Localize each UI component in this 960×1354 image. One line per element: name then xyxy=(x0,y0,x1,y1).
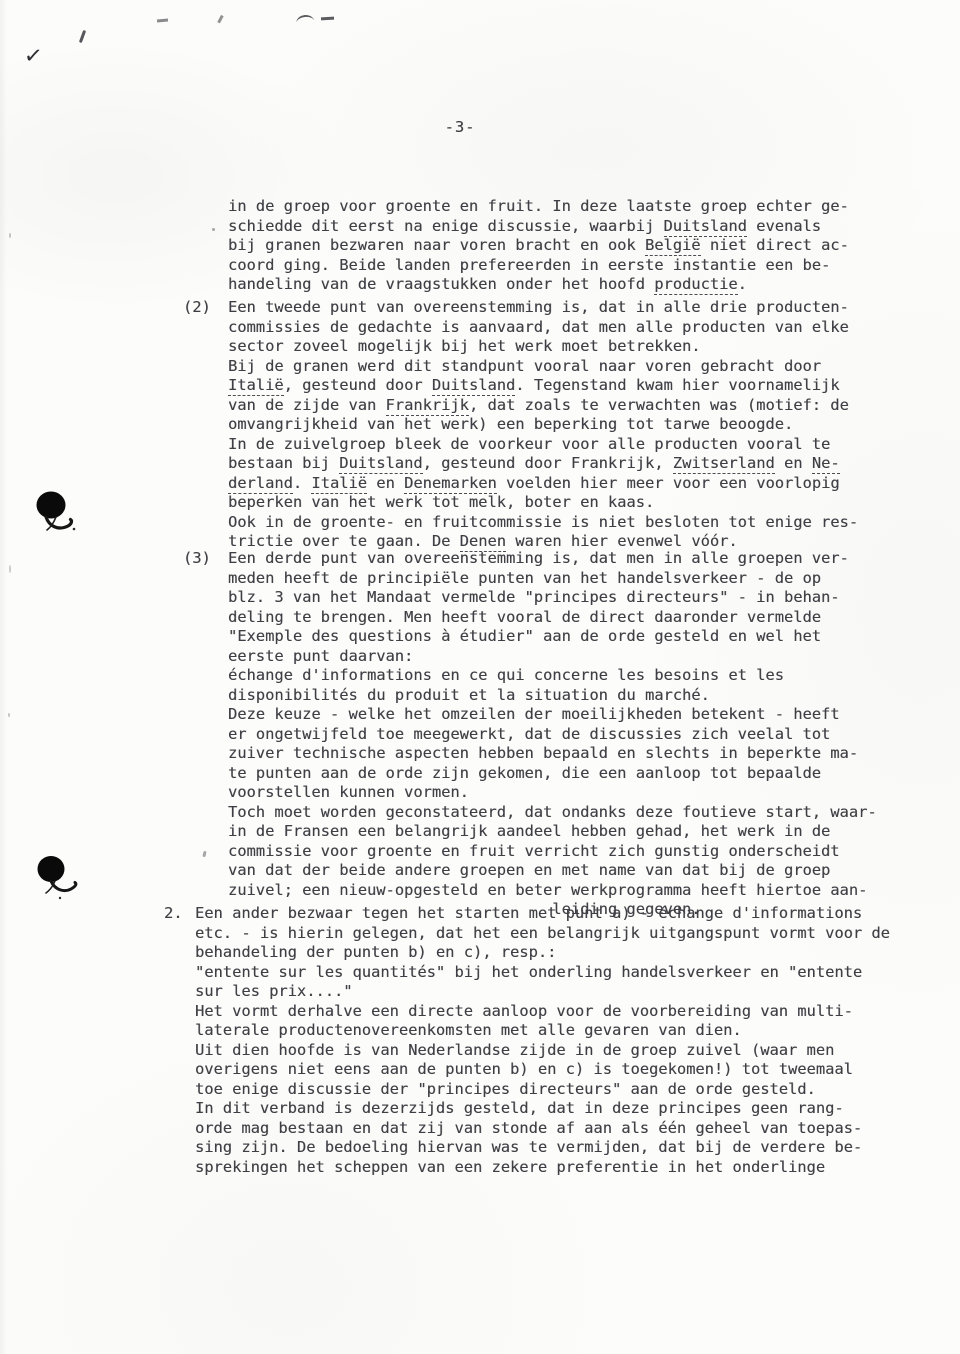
text-segment: beperken van het werk tot melk, boter en… xyxy=(228,493,654,511)
text-segment: er ongetwijfeld toe meegewerkt, dat de d… xyxy=(228,725,830,743)
text-line: voorstellen kunnen vormen. xyxy=(228,783,877,803)
text-segment: in de groep voor groente en fruit. In de… xyxy=(228,197,849,215)
text-line: sing zijn. De bedoeling hiervan was te v… xyxy=(195,1138,890,1158)
text-line: van de zijde van Frankrijk, dat zoals te… xyxy=(228,396,858,416)
text-segment: . xyxy=(738,275,747,293)
text-line: Uit dien hoofde is van Nederlandse zijde… xyxy=(195,1041,890,1061)
text-line: sector zoveel mogelijk bij het werk moet… xyxy=(228,337,858,357)
text-line: sur les prix...." xyxy=(195,982,890,1002)
text-line: bij granen bezwaren naar voren bracht en… xyxy=(228,236,849,256)
text-line: "Exemple des questions à étudier" aan de… xyxy=(228,627,877,647)
text-segment: meden heeft de principiële punten van he… xyxy=(228,569,821,587)
text-segment: sur les prix...." xyxy=(195,982,353,1000)
text-line: zuiver technische aspecten hebben bepaal… xyxy=(228,744,877,764)
text-segment: trictie over te gaan. De xyxy=(228,532,460,550)
paragraph: (2)Een tweede punt van overeenstemming i… xyxy=(228,298,858,552)
text-line: commissies de gedachte is aanvaard, dat … xyxy=(228,318,858,338)
paragraph-number: 2. xyxy=(164,904,183,924)
text-line: Een ander bezwaar tegen het starten met … xyxy=(195,904,890,924)
text-line: disponibilités du produit et la situatio… xyxy=(228,686,877,706)
underlined-text: Ne- xyxy=(812,454,840,474)
text-segment: coord ging. Beide landen prefereerden in… xyxy=(228,256,830,274)
text-line: derland. Italië en Denemarken voelden hi… xyxy=(228,474,858,494)
document-page: ✓ -3- in de groep voor groente en fruit.… xyxy=(0,0,960,1354)
text-segment: bestaan bij xyxy=(228,454,339,472)
text-segment: In de zuivelgroep bleek de voorkeur voor… xyxy=(228,435,830,453)
text-segment: Een ander bezwaar tegen het starten met … xyxy=(195,904,862,922)
text-line: in de Fransen een belangrijk aandeel heb… xyxy=(228,822,877,842)
text-segment: sector zoveel mogelijk bij het werk moet… xyxy=(228,337,701,355)
underlined-text: derland xyxy=(228,474,293,494)
text-segment: sing zijn. De bedoeling hiervan was te v… xyxy=(195,1138,862,1156)
text-segment: Een tweede punt van overeenstemming is, … xyxy=(228,298,849,316)
text-line: meden heeft de principiële punten van he… xyxy=(228,569,877,589)
text-segment: in de Fransen een belangrijk aandeel heb… xyxy=(228,822,830,840)
text-segment: . xyxy=(293,474,312,492)
text-segment: en xyxy=(367,474,404,492)
text-line: blz. 3 van het Mandaat vermelde "princip… xyxy=(228,588,877,608)
underlined-text: Denemarken xyxy=(404,474,497,494)
text-segment: voelden hier meer voor een voorlopig xyxy=(497,474,840,492)
underlined-text: Frankrijk xyxy=(386,396,469,416)
paragraph: (3)Een derde punt van overeenstemming is… xyxy=(228,549,877,920)
text-segment: "Exemple des questions à étudier" aan de… xyxy=(228,627,821,645)
underlined-text: productie xyxy=(654,275,737,295)
text-segment: sprekingen het scheppen van een zekere p… xyxy=(195,1158,825,1176)
text-line: overigens niet eens aan de punten b) en … xyxy=(195,1060,890,1080)
text-segment: , dat zoals te verwachten was (motief: d… xyxy=(469,396,849,414)
text-line: commissie voor groente en fruit verricht… xyxy=(228,842,877,862)
text-segment: zuivel; een nieuw-opgesteld en beter wer… xyxy=(228,881,867,899)
text-segment: voorstellen kunnen vormen. xyxy=(228,783,469,801)
underlined-text: Duitsland xyxy=(432,376,515,396)
text-line: orde mag bestaan en dat zij van stonde a… xyxy=(195,1119,890,1139)
text-line: Bij de granen werd dit standpunt vooral … xyxy=(228,357,858,377)
text-segment: omvangrijkheid van het werk) een beperki… xyxy=(228,415,793,433)
text-segment: blz. 3 van het Mandaat vermelde "princip… xyxy=(228,588,840,606)
text-line: bestaan bij Duitsland, gesteund door Fra… xyxy=(228,454,858,474)
text-segment: deling te brengen. Men heeft vooral de d… xyxy=(228,608,821,626)
text-line: eerste punt daarvan: xyxy=(228,647,877,667)
text-line: échange d'informations en ce qui concern… xyxy=(228,666,877,686)
text-segment: zuiver technische aspecten hebben bepaal… xyxy=(228,744,858,762)
underlined-text: België xyxy=(645,236,701,256)
text-line: er ongetwijfeld toe meegewerkt, dat de d… xyxy=(228,725,877,745)
text-line: omvangrijkheid van het werk) een beperki… xyxy=(228,415,858,435)
text-segment: commissie voor groente en fruit verricht… xyxy=(228,842,840,860)
paragraph: 2.Een ander bezwaar tegen het starten me… xyxy=(195,904,890,1177)
text-line: In dit verband is dezerzijds gesteld, da… xyxy=(195,1099,890,1119)
text-line: sprekingen het scheppen van een zekere p… xyxy=(195,1158,890,1178)
text-segment: orde mag bestaan en dat zij van stonde a… xyxy=(195,1119,862,1137)
text-line: "entente sur les quantités" bij het onde… xyxy=(195,963,890,983)
text-segment: te punten aan de orde zijn gekomen, die … xyxy=(228,764,821,782)
text-line: schiedde dit eerst na enige discussie, w… xyxy=(228,217,849,237)
text-segment: overigens niet eens aan de punten b) en … xyxy=(195,1060,853,1078)
text-segment: schiedde dit eerst na enige discussie, w… xyxy=(228,217,664,235)
text-segment: Ook in de groente- en fruitcommissie is … xyxy=(228,513,858,531)
text-segment: , gesteund door Frankrijk, xyxy=(423,454,673,472)
text-segment: toe enige discussie der "principes direc… xyxy=(195,1080,816,1098)
text-segment: Toch moet worden geconstateerd, dat onda… xyxy=(228,803,877,821)
text-line: Een derde punt van overeenstemming is, d… xyxy=(228,549,877,569)
text-segment: Het vormt derhalve een directe aanloop v… xyxy=(195,1002,853,1020)
paragraph-number: (2) xyxy=(183,298,211,318)
text-line: beperken van het werk tot melk, boter en… xyxy=(228,493,858,513)
text-segment: disponibilités du produit et la situatio… xyxy=(228,686,710,704)
text-segment: . Tegenstand kwam hier voornamelijk xyxy=(515,376,839,394)
text-line: etc. - is hierin gelegen, dat het een be… xyxy=(195,924,890,944)
text-segment: van de zijde van xyxy=(228,396,386,414)
text-line: zuivel; een nieuw-opgesteld en beter wer… xyxy=(228,881,877,901)
text-segment: In dit verband is dezerzijds gesteld, da… xyxy=(195,1099,844,1117)
text-segment: en xyxy=(775,454,812,472)
text-line: Ook in de groente- en fruitcommissie is … xyxy=(228,513,858,533)
text-line: in de groep voor groente en fruit. In de… xyxy=(228,197,849,217)
text-segment: Uit dien hoofde is van Nederlandse zijde… xyxy=(195,1041,834,1059)
text-segment: Bij de granen werd dit standpunt vooral … xyxy=(228,357,821,375)
text-line: deling te brengen. Men heeft vooral de d… xyxy=(228,608,877,628)
text-segment: waren hier evenwel vóór. xyxy=(506,532,738,550)
text-line: laterale productenovereenkomsten met all… xyxy=(195,1021,890,1041)
text-segment: eerste punt daarvan: xyxy=(228,647,413,665)
text-line: te punten aan de orde zijn gekomen, die … xyxy=(228,764,877,784)
text-line: Een tweede punt van overeenstemming is, … xyxy=(228,298,858,318)
text-line: Italië, gesteund door Duitsland. Tegenst… xyxy=(228,376,858,396)
underlined-text: Italië xyxy=(311,474,367,494)
text-segment: Deze keuze - welke het omzeilen der moei… xyxy=(228,705,840,723)
text-segment: commissies de gedachte is aanvaard, dat … xyxy=(228,318,849,336)
text-segment: bij granen bezwaren naar voren bracht en… xyxy=(228,236,645,254)
text-line: coord ging. Beide landen prefereerden in… xyxy=(228,256,849,276)
text-segment: laterale productenovereenkomsten met all… xyxy=(195,1021,742,1039)
text-segment: evenals xyxy=(747,217,821,235)
text-segment: van dat der beide andere groepen en met … xyxy=(228,861,830,879)
paragraph: in de groep voor groente en fruit. In de… xyxy=(228,197,849,295)
underlined-text: Duitsland xyxy=(664,217,747,237)
paragraph-number: (3) xyxy=(183,549,211,569)
document-body: in de groep voor groente en fruit. In de… xyxy=(0,0,960,1354)
text-line: Het vormt derhalve een directe aanloop v… xyxy=(195,1002,890,1022)
text-line: Toch moet worden geconstateerd, dat onda… xyxy=(228,803,877,823)
text-segment: "entente sur les quantités" bij het onde… xyxy=(195,963,862,981)
text-segment: Een derde punt van overeenstemming is, d… xyxy=(228,549,849,567)
text-line: In de zuivelgroep bleek de voorkeur voor… xyxy=(228,435,858,455)
text-segment: niet direct ac- xyxy=(701,236,849,254)
underlined-text: Zwitserland xyxy=(673,454,775,474)
underlined-text: Italië xyxy=(228,376,284,396)
underlined-text: Duitsland xyxy=(339,454,422,474)
text-line: toe enige discussie der "principes direc… xyxy=(195,1080,890,1100)
text-segment: échange d'informations en ce qui concern… xyxy=(228,666,784,684)
text-line: van dat der beide andere groepen en met … xyxy=(228,861,877,881)
text-line: behandeling der punten b) en c), resp.: xyxy=(195,943,890,963)
text-segment: behandeling der punten b) en c), resp.: xyxy=(195,943,556,961)
text-line: handeling van de vraagstukken onder het … xyxy=(228,275,849,295)
text-segment: etc. - is hierin gelegen, dat het een be… xyxy=(195,924,890,942)
text-segment: , gesteund door xyxy=(284,376,432,394)
text-segment: handeling van de vraagstukken onder het … xyxy=(228,275,654,293)
text-line: Deze keuze - welke het omzeilen der moei… xyxy=(228,705,877,725)
